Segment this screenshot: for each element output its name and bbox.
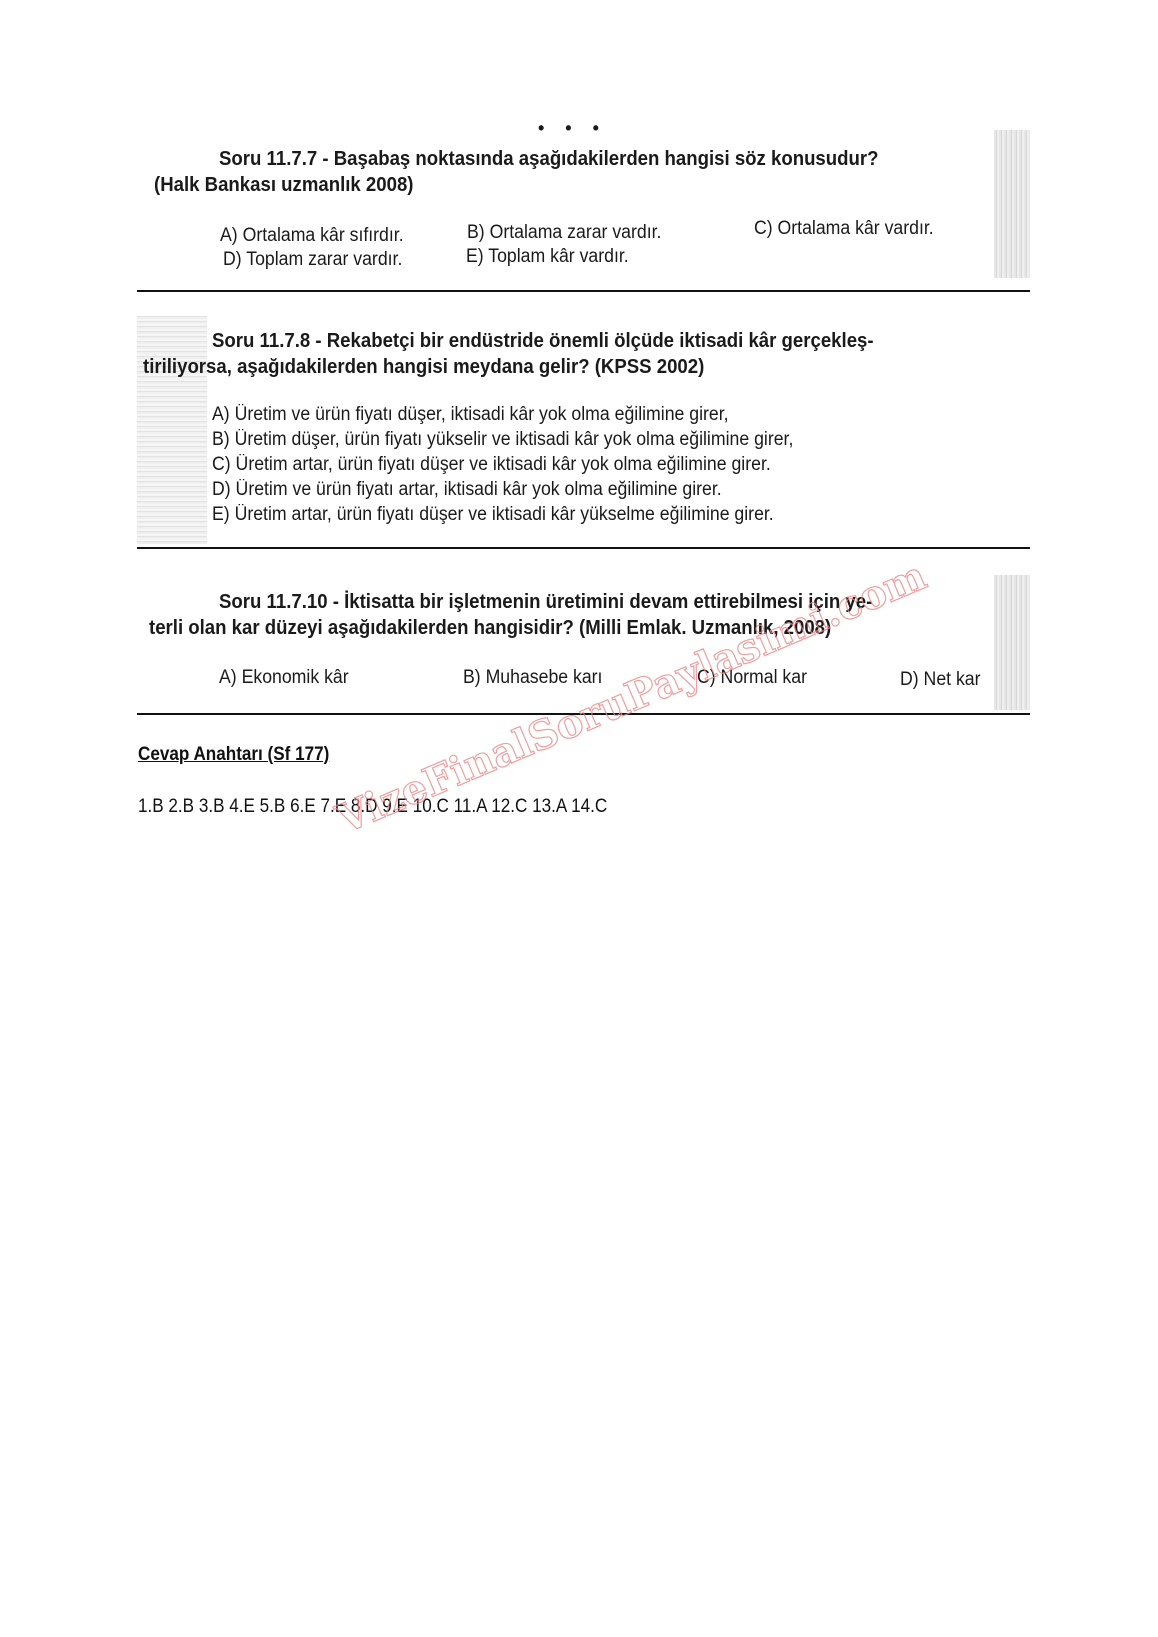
divider <box>137 547 1030 549</box>
scan-shading <box>137 316 207 544</box>
option-e: E) Toplam kâr vardır. <box>466 244 629 269</box>
question-11-7-7: Soru 11.7.7 - Başabaş noktasında aşağıda… <box>137 130 1030 278</box>
question-title: Soru 11.7.7 - Başabaş noktasında aşağıda… <box>219 146 878 172</box>
document-page: • • • Soru 11.7.7 - Başabaş noktasında a… <box>0 0 1158 1637</box>
question-source: (Halk Bankası uzmanlık 2008) <box>154 172 413 198</box>
option-c: C) Ortalama kâr vardır. <box>754 216 934 241</box>
option-d: D) Toplam zarar vardır. <box>223 247 402 272</box>
divider <box>137 290 1030 292</box>
option-a: A) Üretim ve ürün fiyatı düşer, iktisadi… <box>212 402 729 427</box>
scan-shading <box>994 575 1030 710</box>
question-11-7-8: Soru 11.7.8 - Rekabetçi bir endüstride ö… <box>137 316 1030 544</box>
scan-shading <box>994 130 1030 278</box>
option-b: B) Ortalama zarar vardır. <box>467 220 661 245</box>
question-title: Soru 11.7.8 - Rekabetçi bir endüstride ö… <box>212 328 874 354</box>
option-e: E) Üretim artar, ürün fiyatı düşer ve ik… <box>212 502 774 527</box>
option-c: C) Üretim artar, ürün fiyatı düşer ve ik… <box>212 452 771 477</box>
option-d: D) Net kar <box>900 667 981 692</box>
answer-key-title: Cevap Anahtarı (Sf 177) <box>138 744 329 766</box>
option-b: B) Muhasebe karı <box>463 665 602 690</box>
option-a: A) Ekonomik kâr <box>219 665 349 690</box>
question-title-cont: tiriliyorsa, aşağıdakilerden hangisi mey… <box>143 354 704 380</box>
option-a: A) Ortalama kâr sıfırdır. <box>220 223 404 248</box>
option-d: D) Üretim ve ürün fiyatı artar, iktisadi… <box>212 477 722 502</box>
option-b: B) Üretim düşer, ürün fiyatı yükselir ve… <box>212 427 793 452</box>
